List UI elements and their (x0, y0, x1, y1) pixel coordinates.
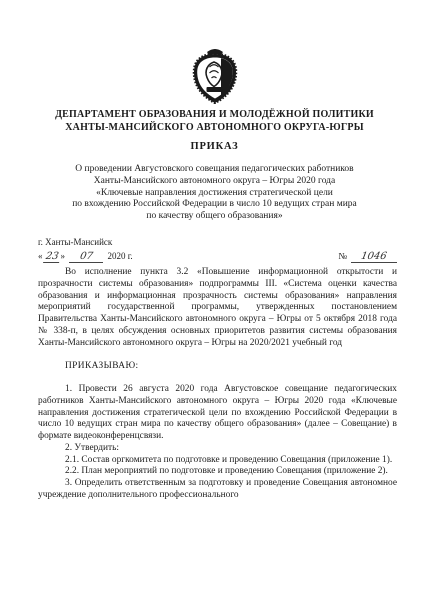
date-day-handwritten: 23 (43, 252, 61, 263)
date-quote-close: » (61, 251, 66, 261)
document-page: ДЕПАРТАМЕНТ ОБРАЗОВАНИЯ И МОЛОДЁЖНОЙ ПОЛ… (0, 0, 429, 600)
coat-of-arms-icon (0, 48, 429, 104)
number-label: № (338, 251, 347, 261)
subject-line: по вхождению Российской Федерации в числ… (40, 199, 389, 211)
org-name-line-2: ХАНТЫ-МАНСИЙСКОГО АВТОНОМНОГО ОКРУГА-ЮГР… (0, 122, 429, 135)
date-line: «23» 07 2020 г. (38, 250, 133, 263)
doc-type-heading: ПРИКАЗ (0, 141, 429, 152)
order-item: 2.1. Состав оргкомитета по подготовке и … (38, 455, 397, 467)
order-item: 2.2. План мероприятий по подготовке и пр… (38, 466, 397, 478)
doc-body: Во исполнение пункта 3.2 «Повышение инфо… (38, 267, 397, 502)
subject-line: Ханты-Мансийского автономного округа – Ю… (40, 176, 389, 188)
order-item: 3. Определить ответственным за подготовк… (38, 478, 397, 502)
subject-line: О проведении Августовского совещания пед… (40, 164, 389, 176)
subject-line: «Ключевые направления достижения стратег… (40, 188, 389, 200)
order-item: 1. Провести 26 августа 2020 года Августо… (38, 384, 397, 443)
order-word: ПРИКАЗЫВАЮ: (38, 361, 397, 373)
preamble-paragraph: Во исполнение пункта 3.2 «Повышение инфо… (38, 267, 397, 349)
org-name: ДЕПАРТАМЕНТ ОБРАЗОВАНИЯ И МОЛОДЁЖНОЙ ПОЛ… (0, 109, 429, 134)
doc-subject: О проведении Августовского совещания пед… (40, 164, 389, 223)
number-value-handwritten: 1046 (360, 252, 387, 262)
date-year: 2020 г. (108, 251, 133, 261)
order-item: 2. Утвердить: (38, 443, 397, 455)
date-month-handwritten: 07 (79, 252, 93, 262)
number-line: №1046 (338, 250, 397, 263)
subject-line: по качеству общего образования» (40, 211, 389, 223)
date-quote-open: « (38, 251, 43, 261)
org-name-line-1: ДЕПАРТАМЕНТ ОБРАЗОВАНИЯ И МОЛОДЁЖНОЙ ПОЛ… (0, 109, 429, 122)
place-line: г. Ханты-Мансийск (38, 236, 397, 248)
doc-meta: г. Ханты-Мансийск «23» 07 2020 г. №1046 (38, 236, 397, 263)
